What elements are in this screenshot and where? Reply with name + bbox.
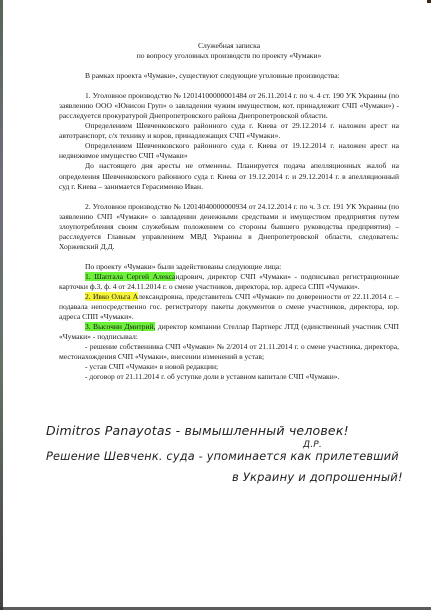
- handwritten-note-line-3: в Украину и допрошенный!: [232, 470, 403, 484]
- person-1: 1. Шаптала Сергей Александрович, директо…: [59, 272, 399, 292]
- memo-title: Служебная записка: [59, 41, 399, 51]
- signed-item-charter: - устав СЧП «Чумаки» в новой редакции;: [59, 362, 399, 372]
- scan-edge-left: [0, 0, 3, 610]
- person-3: 3. Высочин Дмитрий, директор компании Ст…: [59, 322, 399, 342]
- scan-corner-mark: [427, 0, 431, 3]
- memo-subtitle: по вопросу уголовных производств по прое…: [59, 51, 399, 61]
- case-1-status: До настоящего дня аресты не отменены. Пл…: [59, 161, 399, 191]
- signed-item-decision: - решение собственника СЧП «Чумаки» № 2/…: [59, 342, 399, 362]
- person-3-name-highlight: 3. Высочин Дмитрий,: [85, 322, 155, 331]
- memo-page: Служебная записка по вопросу уголовных п…: [59, 41, 399, 382]
- persons-intro: По проекту «Чумаки» были задействованы с…: [59, 262, 399, 272]
- memo-intro: В рамках проекта «Чумаки», существуют сл…: [59, 71, 399, 81]
- case-1-description: 1. Уголовное производство № 120141000000…: [59, 91, 399, 121]
- handwritten-note-line-1: Dimitros Panayotas - вымышленный человек…: [46, 423, 349, 438]
- person-2: 2. Ивко Ольга Александровна, представите…: [59, 292, 399, 322]
- handwritten-initials: Д.Р.: [303, 440, 322, 450]
- person-2-name-highlight: 2. Ивко Ольга А: [85, 292, 138, 301]
- handwritten-note-line-2: Решение Шевченк. суда - упоминается как …: [46, 450, 399, 463]
- signed-item-agreement: - договор от 21.11.2014 г. об уступке до…: [59, 372, 399, 382]
- case-2-description: 2. Уголовное производство № 120140400000…: [59, 202, 399, 252]
- case-1-arrest-vehicles: Определением Шевченковского районного су…: [59, 121, 399, 141]
- case-1-arrest-realty: Определением Шевченковского районного су…: [59, 141, 399, 161]
- person-1-name-highlight: 1. Шаптала Сергей Алекса: [85, 272, 175, 281]
